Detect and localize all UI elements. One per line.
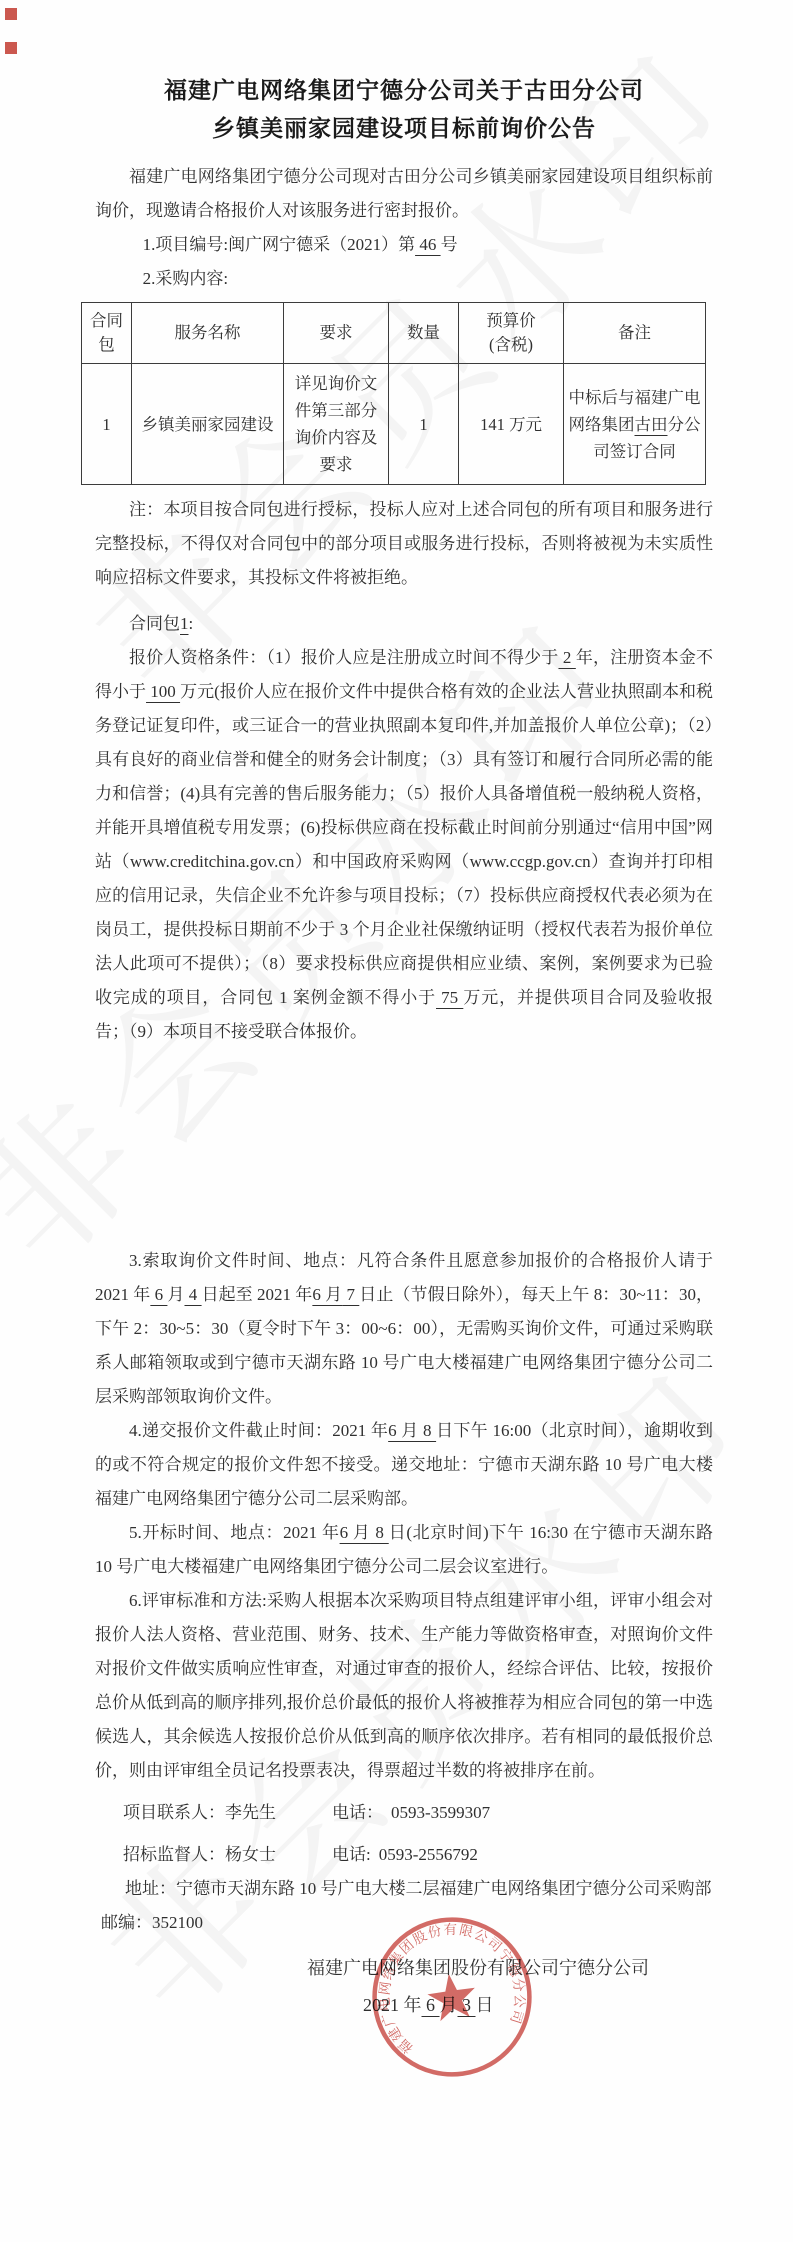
project-number-line: 1.项目编号:闽广网宁德采（2021）第 46 号 — [95, 228, 713, 262]
cell-remark: 中标后与福建广电网络集团古田分公司签订合同 — [564, 364, 706, 485]
supervisor-contact-label: 招标监督人： — [123, 1838, 225, 1872]
project-contact-label: 项目联系人： — [123, 1796, 225, 1830]
header-contract-package: 合同 包 — [82, 303, 132, 364]
header-requirement: 要求 — [284, 303, 389, 364]
corner-mark-top — [5, 8, 17, 20]
company-seal: 福建广电网络集团股份有限公司宁德分公司 — [350, 1895, 553, 2098]
document-content: 福建广电网络集团宁德分公司关于古田分公司 乡镇美丽家园建设项目标前询价公告 福建… — [0, 0, 793, 1940]
supervisor-phone-number: 0593-2556792 — [379, 1838, 478, 1872]
section5-paragraph: 5.开标时间、地点：2021 年6 月 8 日(北京时间)下午 16:30 在宁… — [95, 1516, 713, 1584]
page-break-gap — [95, 1049, 713, 1244]
project-contact-line: 项目联系人：李先生 电话：0593-3599307 — [123, 1796, 713, 1830]
supervisor-contact-line: 招标监督人：杨女士 电话:0593-2556792 — [123, 1838, 713, 1872]
document-page: 非会员水印 非会员水印 非会员水印 福建广电网络集团宁德分公司关于古田分公司 乡… — [0, 0, 793, 2242]
section4-paragraph: 4.递交报价文件截止时间：2021 年6 月 8 日下午 16:00（北京时间）… — [95, 1414, 713, 1516]
document-title-line2: 乡镇美丽家园建设项目标前询价公告 — [95, 110, 713, 148]
section3-paragraph: 3.索取询价文件时间、地点：凡符合条件且愿意参加报价的合格报价人请于 2021 … — [95, 1244, 713, 1414]
header-quantity: 数量 — [389, 303, 459, 364]
cell-contract-package: 1 — [82, 364, 132, 485]
cell-quantity: 1 — [389, 364, 459, 485]
cell-service-name: 乡镇美丽家园建设 — [132, 364, 284, 485]
document-title-line1: 福建广电网络集团宁德分公司关于古田分公司 — [95, 72, 713, 110]
project-phone-number: 0593-3599307 — [391, 1796, 490, 1830]
table-header-row: 合同 包 服务名称 要求 数量 预算价 (含税) 备注 — [82, 303, 706, 364]
corner-mark-bottom — [5, 42, 17, 54]
header-service-name: 服务名称 — [132, 303, 284, 364]
intro-paragraph: 福建广电网络集团宁德分公司现对古田分公司乡镇美丽家园建设项目组织标前询价，现邀请… — [95, 160, 713, 228]
supervisor-phone-label: 电话: — [332, 1838, 371, 1872]
seal-star-icon — [425, 1970, 479, 2022]
procurement-content-label: 2.采购内容: — [95, 262, 713, 296]
project-contact-name: 李先生 — [225, 1796, 276, 1830]
qualification-paragraph: 报价人资格条件：（1）报价人应是注册成立时间不得少于 2 年，注册资本金不得小于… — [95, 641, 713, 1049]
header-budget-price: 预算价 (含税) — [459, 303, 564, 364]
cell-budget-price: 141 万元 — [459, 364, 564, 485]
address-line: 地址：宁德市天湖东路 10 号广电大楼二层福建广电网络集团宁德分公司采购部 — [125, 1872, 713, 1906]
project-phone-label: 电话： — [332, 1796, 383, 1830]
header-remark: 备注 — [564, 303, 706, 364]
section6-paragraph: 6.评审标准和方法:采购人根据本次采购项目特点组建评审小组，评审小组会对报价人法… — [95, 1584, 713, 1788]
cell-requirement: 详见询价文件第三部分询价内容及要求 — [284, 364, 389, 485]
table-row: 1 乡镇美丽家园建设 详见询价文件第三部分询价内容及要求 1 141 万元 中标… — [82, 364, 706, 485]
supervisor-contact-name: 杨女士 — [225, 1838, 276, 1872]
note-paragraph: 注：本项目按合同包进行授标，投标人应对上述合同包的所有项目和服务进行完整投标，不… — [95, 493, 713, 595]
procurement-table: 合同 包 服务名称 要求 数量 预算价 (含税) 备注 1 乡镇美丽家园建设 详… — [81, 302, 706, 485]
package1-heading: 合同包1: — [95, 607, 713, 641]
